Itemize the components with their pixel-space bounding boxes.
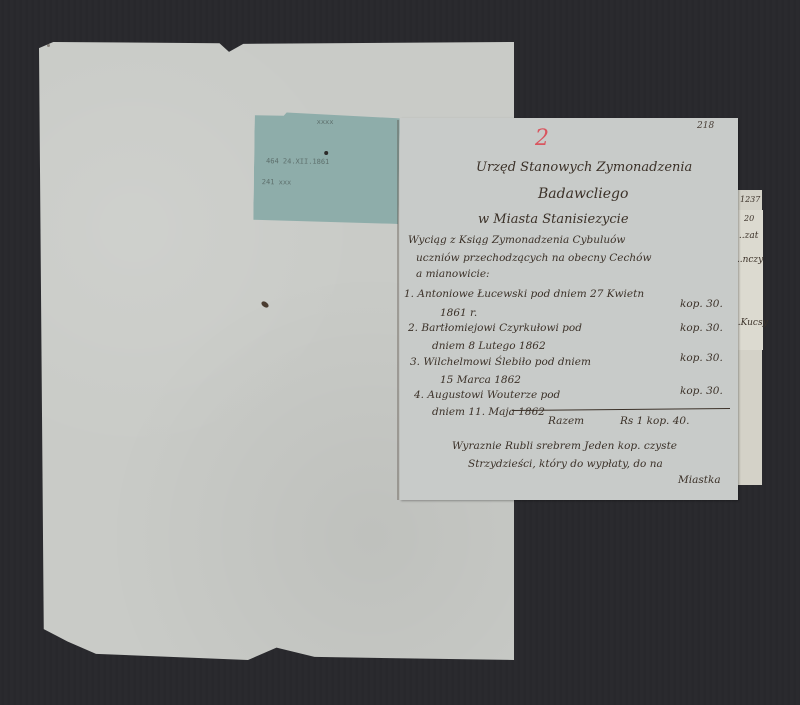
header-line-1: Urzęd Stanowych Zymonadzenia — [476, 160, 692, 175]
back-sheet-snippet: 1237 — [740, 195, 760, 204]
paper-blemish — [260, 300, 269, 309]
intro-line: uczniów przechodzących na obecny Cechów — [416, 252, 651, 264]
entry-4-amount: kop. 30. — [680, 385, 723, 397]
entry-1-amount: kop. 30. — [680, 298, 723, 310]
total-value: Rs 1 kop. 40. — [620, 415, 689, 427]
entry-4-line-2: dniem 11. Maja 1862 — [432, 406, 545, 418]
back-sheet-snippet: ...nczy — [734, 255, 763, 265]
back-sheet-snippet: 20 — [744, 214, 754, 223]
header-line-3: w Miasta Stanisiezycie — [478, 212, 629, 227]
entry-3-line-2: 15 Marca 1862 — [440, 374, 521, 386]
red-pencil-mark: 2 — [535, 126, 549, 151]
entry-1-line-2: 1861 r. — [440, 307, 477, 319]
slip-line: 464 24.XII.1861 — [266, 157, 329, 166]
intro-line: Wyciąg z Ksiąg Zymonadzenia Cybuluów — [408, 234, 625, 246]
slip-line: 241 xxx — [262, 178, 292, 186]
total-label: Razem — [548, 415, 584, 427]
entry-2-line-1: 2. Bartłomiejowi Czyrkułowi pod — [408, 322, 582, 334]
blue-attached-slip: xxxx 464 24.XII.1861 241 xxx — [253, 112, 400, 224]
entry-1-line-1: 1. Antoniowe Łucewski pod dniem 27 Kwiet… — [404, 288, 644, 300]
header-line-2: Badawcliego — [538, 186, 628, 202]
pin-hole — [324, 151, 328, 155]
fold-line — [397, 120, 399, 500]
closing-line: Miastka — [678, 474, 721, 486]
entry-2-amount: kop. 30. — [680, 322, 723, 334]
folio-number: 218 — [697, 121, 714, 131]
entry-3-amount: kop. 30. — [680, 352, 723, 364]
entry-3-line-1: 3. Wilchelmowi Ślebiło pod dniem — [410, 356, 591, 368]
closing-line: Wyraznie Rubli srebrem Jeden kop. czyste — [452, 440, 677, 452]
slip-line: xxxx — [317, 118, 334, 126]
closing-line: Strzydzieści, który do wypłaty, do na — [468, 458, 663, 470]
intro-line: a mianowicie: — [416, 268, 490, 280]
entry-4-line-1: 4. Augustowi Wouterze pod — [414, 389, 560, 401]
entry-2-line-2: dniem 8 Lutego 1862 — [432, 340, 546, 352]
back-sheet-snippet: ...zat — [736, 231, 758, 241]
